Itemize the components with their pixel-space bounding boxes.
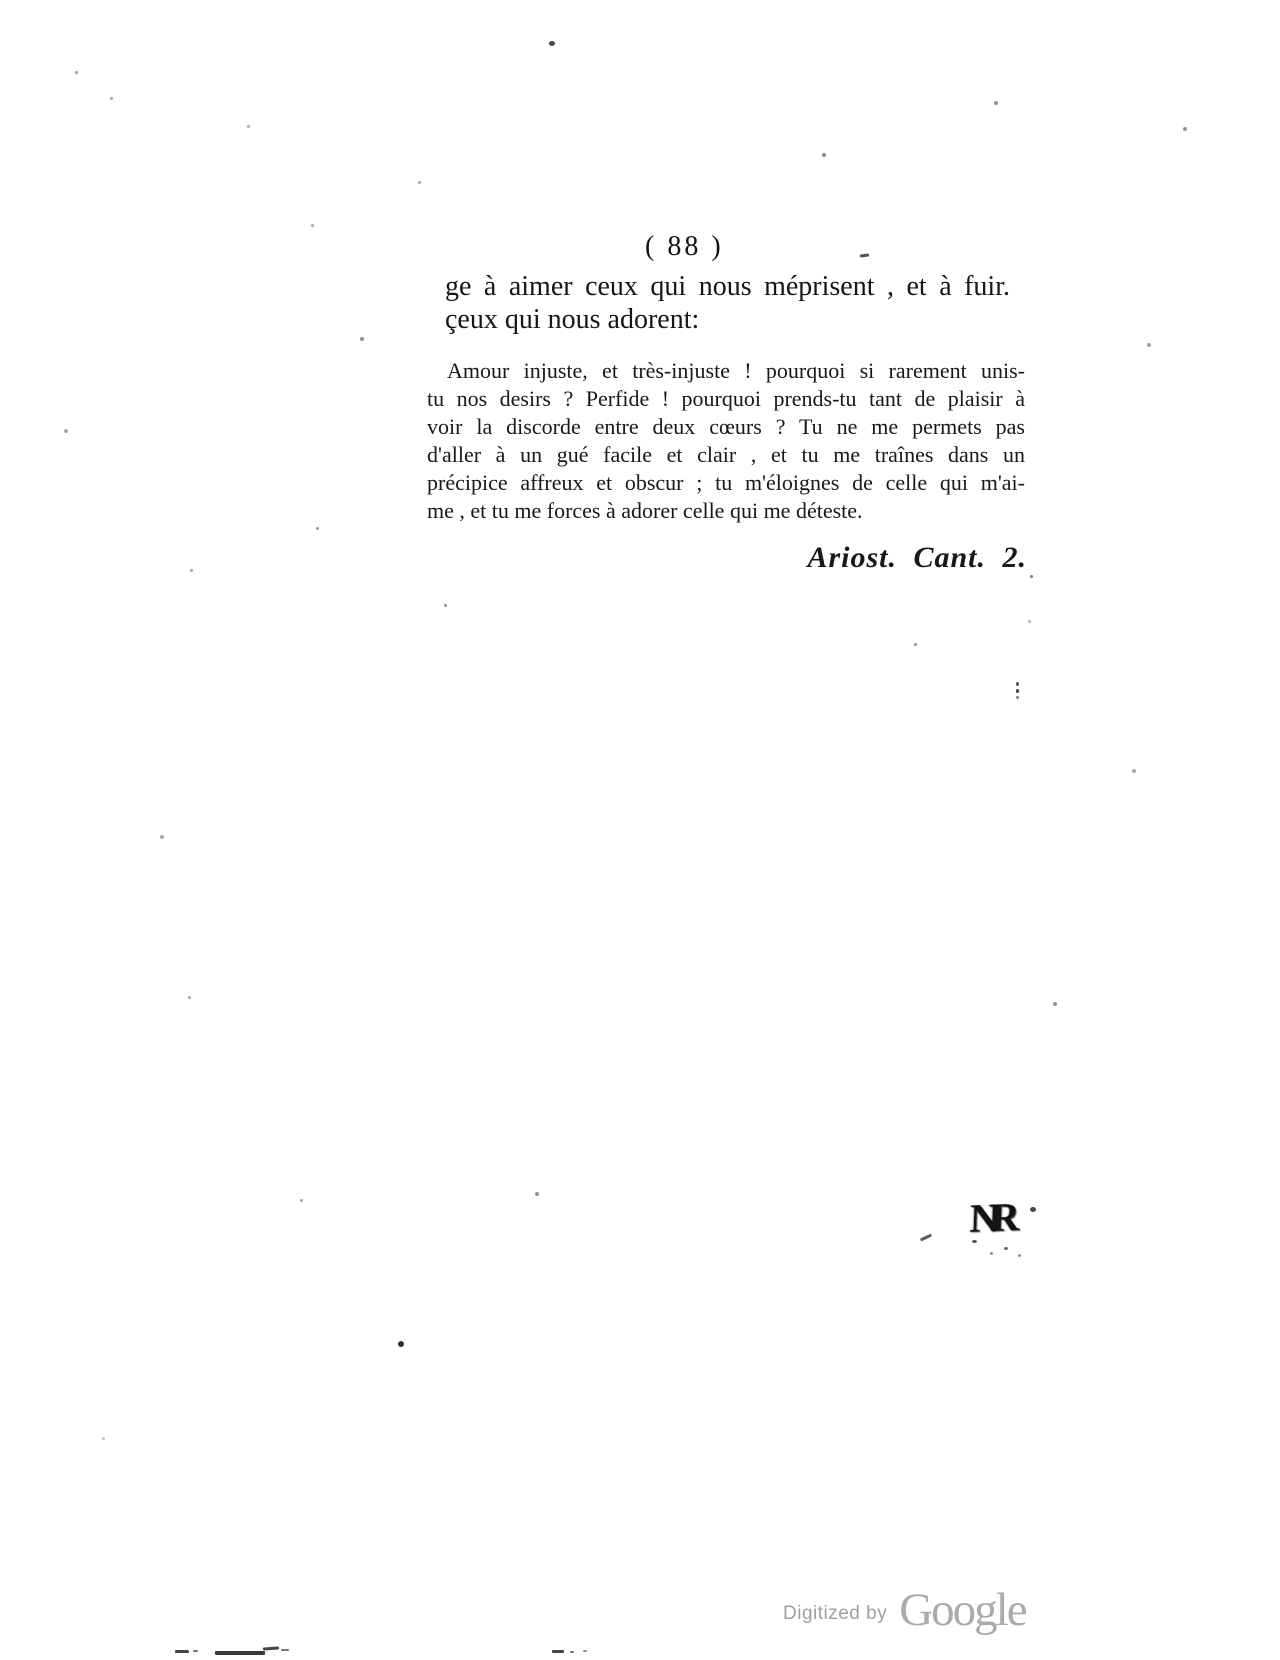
scan-speck xyxy=(102,1437,105,1440)
google-logo: Google xyxy=(899,1584,1025,1636)
quote-paragraph: Amour injuste, et très-injuste ! pourquo… xyxy=(427,357,1025,525)
scan-speck xyxy=(188,996,191,999)
scan-speck xyxy=(316,527,319,530)
scan-speck xyxy=(1030,1207,1036,1212)
scan-speck xyxy=(1016,696,1019,699)
scan-speck xyxy=(281,1649,289,1651)
scan-speck xyxy=(920,1234,932,1242)
scan-speck xyxy=(1004,1247,1008,1250)
body-text-line: çeux qui nous adorent: xyxy=(445,303,1010,336)
scan-speck xyxy=(994,101,998,105)
scan-speck xyxy=(972,1240,977,1243)
scan-speck xyxy=(418,181,421,184)
scan-speck xyxy=(552,1650,564,1653)
scanned-book-page: ( 88 ) ge à aimer ceux qui nous méprisen… xyxy=(0,0,1280,1660)
quote-line: d'aller à un gué facile et clair , et tu… xyxy=(427,441,1025,469)
scan-speck xyxy=(914,643,917,646)
quote-line: précipice affreux et obscur ; tu m'éloig… xyxy=(427,469,1025,497)
scan-speck xyxy=(990,1252,993,1255)
body-text-block: ge à aimer ceux qui nous méprisent , et … xyxy=(445,270,1010,336)
quote-line: Amour injuste, et très-injuste ! pourquo… xyxy=(427,357,1025,385)
scan-speck xyxy=(860,253,869,257)
scan-speck xyxy=(1016,689,1019,693)
scan-speck xyxy=(570,1651,574,1653)
scan-speck xyxy=(175,1650,189,1653)
scan-speck xyxy=(360,337,364,341)
scan-speck xyxy=(193,1650,198,1652)
scan-speck xyxy=(1132,769,1136,773)
quote-line: tu nos desirs ? Perfide ! pourquoi prend… xyxy=(427,385,1025,413)
scan-speck xyxy=(535,1192,539,1196)
scan-speck xyxy=(263,1646,279,1650)
scan-speck xyxy=(160,835,164,839)
scan-speck xyxy=(444,604,447,607)
google-watermark: Digitized by Google xyxy=(783,1583,1026,1637)
ink-smudge-printer-mark: NR xyxy=(969,1193,1012,1242)
scan-speck xyxy=(549,41,555,46)
scan-speck xyxy=(64,429,68,433)
scan-speck xyxy=(1053,1002,1057,1006)
scan-speck xyxy=(190,569,193,572)
attribution-text: Ariost. Cant. 2. xyxy=(807,541,1027,574)
scan-speck xyxy=(1030,575,1033,578)
scan-speck xyxy=(110,97,113,100)
scan-speck xyxy=(822,153,826,157)
scan-speck xyxy=(1018,1254,1021,1257)
digitized-by-label: Digitized by xyxy=(783,1603,887,1624)
scan-speck xyxy=(1147,343,1151,347)
quote-line: me , et tu me forces à adorer celle qui … xyxy=(427,497,1025,525)
scan-speck xyxy=(1183,127,1187,131)
page-number-header: ( 88 ) xyxy=(645,231,724,263)
scan-speck xyxy=(247,125,250,128)
quote-line: voir la discorde entre deux cœurs ? Tu n… xyxy=(427,413,1025,441)
quote-attribution: Ariost. Cant. 2. xyxy=(427,541,1027,575)
scan-speck xyxy=(1016,682,1019,686)
scan-speck xyxy=(75,71,78,74)
body-text-line: ge à aimer ceux qui nous méprisent , et … xyxy=(445,270,1010,303)
scan-speck xyxy=(300,1199,303,1202)
scan-speck xyxy=(215,1651,265,1655)
scan-speck xyxy=(311,224,314,227)
scan-speck xyxy=(1028,620,1031,623)
scan-speck xyxy=(398,1341,404,1347)
scan-speck xyxy=(583,1650,587,1652)
